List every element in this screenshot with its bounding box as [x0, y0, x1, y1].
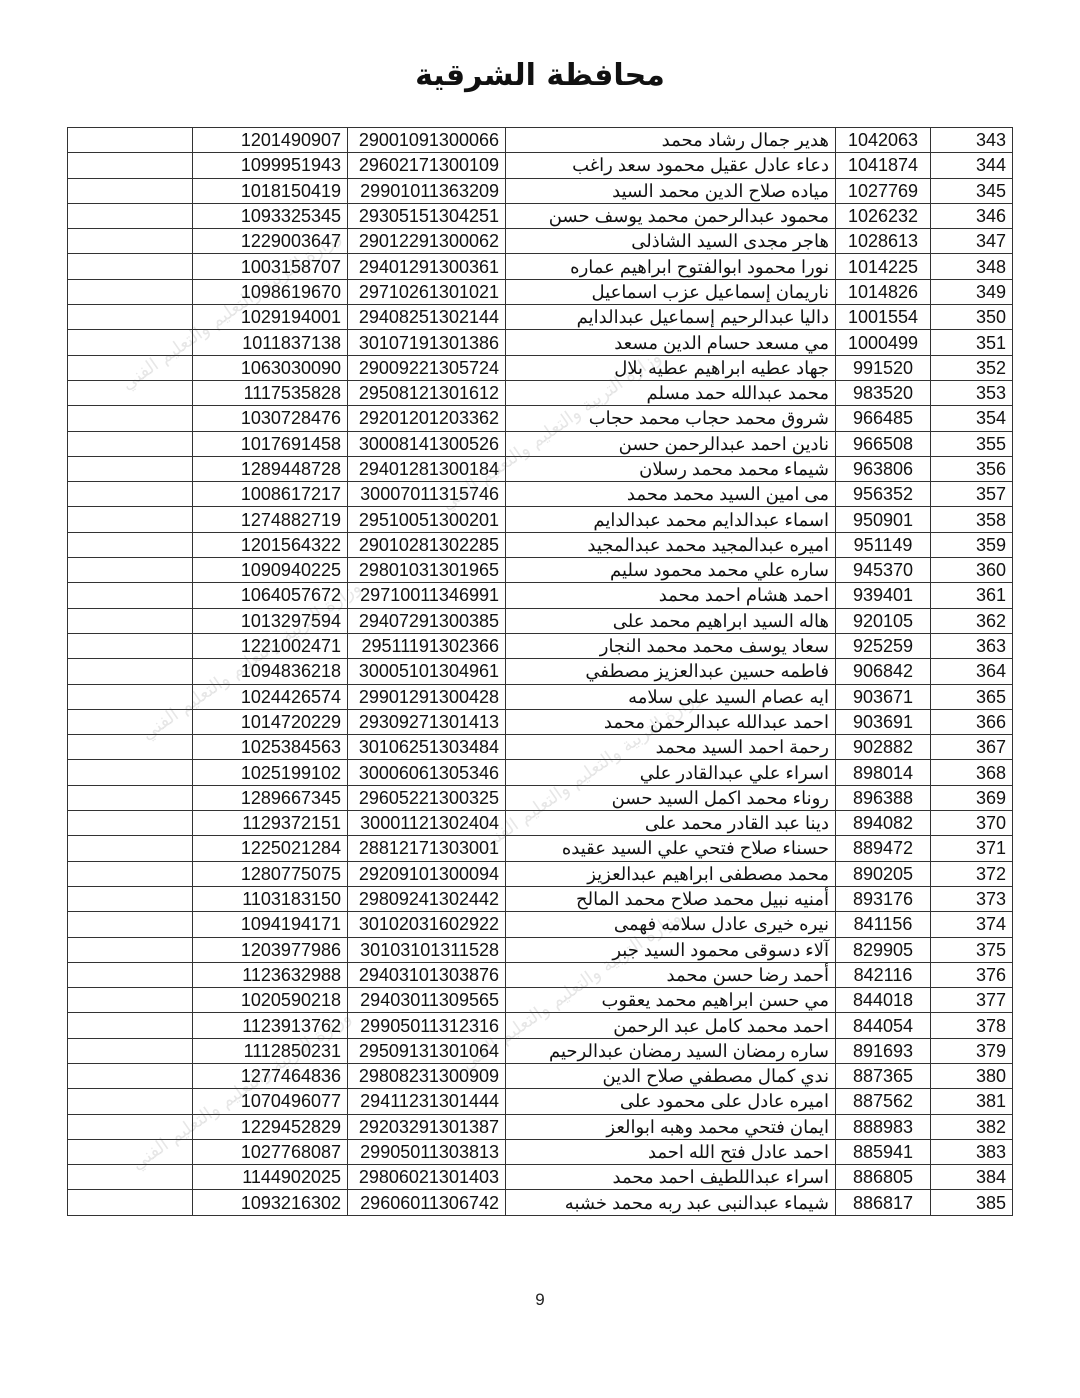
phone-cell: 1094836218: [193, 659, 348, 684]
phone-cell: 1090940225: [193, 558, 348, 583]
name-cell: محمد مصطفى ابراهيم عبدالعزيز: [506, 861, 836, 886]
name-cell: ساره رمضان السيد رمضان عبدالرحيم: [506, 1038, 836, 1063]
name-cell: ناريمان إسماعيل عزب اسماعيل: [506, 279, 836, 304]
name-cell: اسماء عبدالدايم محمد عبدالدايم: [506, 507, 836, 532]
table-row: 109483621830005101304961فاطمه حسين عبدال…: [68, 659, 1013, 684]
empty-cell: [68, 355, 193, 380]
national-id-cell: 29801031301965: [348, 558, 506, 583]
name-cell: اميره عادل على محمود على: [506, 1089, 836, 1114]
table-row: 107049607729411231301444اميره عادل على م…: [68, 1089, 1013, 1114]
code-cell: 956352: [836, 482, 931, 507]
code-cell: 1026232: [836, 203, 931, 228]
national-id-cell: 29209101300094: [348, 861, 506, 886]
empty-cell: [68, 406, 193, 431]
empty-cell: [68, 178, 193, 203]
serial-cell: 348: [931, 254, 1013, 279]
code-cell: 925259: [836, 633, 931, 658]
table-row: 102776808729905011303813احمد عادل فتح ال…: [68, 1139, 1013, 1164]
name-cell: رحمة احمد السيد محمد: [506, 735, 836, 760]
name-cell: سعاد يوسف محمد محمد النجار: [506, 633, 836, 658]
phone-cell: 1094194171: [193, 912, 348, 937]
phone-cell: 1289448728: [193, 456, 348, 481]
empty-cell: [68, 937, 193, 962]
code-cell: 983520: [836, 380, 931, 405]
phone-cell: 1277464836: [193, 1063, 348, 1088]
empty-cell: [68, 633, 193, 658]
code-cell: 950901: [836, 507, 931, 532]
table-row: 102538456330106251303484رحمة احمد السيد …: [68, 735, 1013, 760]
name-cell: أمنيه نبيل محمد صلاح محمد المالح: [506, 886, 836, 911]
phone-cell: 1229003647: [193, 229, 348, 254]
name-cell: مياده صلاح الدين محمد السيد: [506, 178, 836, 203]
empty-cell: [68, 330, 193, 355]
name-cell: اسراء عبداللطيف احمد محمد: [506, 1165, 836, 1190]
code-cell: 889472: [836, 836, 931, 861]
empty-cell: [68, 1190, 193, 1215]
national-id-cell: 29009221305724: [348, 355, 506, 380]
national-id-cell: 29403011309565: [348, 988, 506, 1013]
empty-cell: [68, 128, 193, 153]
serial-cell: 382: [931, 1114, 1013, 1139]
phone-cell: 1008617217: [193, 482, 348, 507]
code-cell: 1014826: [836, 279, 931, 304]
national-id-cell: 29606011306742: [348, 1190, 506, 1215]
empty-cell: [68, 1038, 193, 1063]
empty-cell: [68, 735, 193, 760]
table-row: 122100247129511191302366سعاد يوسف محمد م…: [68, 633, 1013, 658]
national-id-cell: 28812171303001: [348, 836, 506, 861]
empty-cell: [68, 608, 193, 633]
code-cell: 844054: [836, 1013, 931, 1038]
national-id-cell: 29401291300361: [348, 254, 506, 279]
national-id-cell: 29201201203362: [348, 406, 506, 431]
page-title: محافظة الشرقية: [0, 58, 1080, 93]
empty-cell: [68, 1114, 193, 1139]
serial-cell: 343: [931, 128, 1013, 153]
table-row: 101329759429407291300385هاله السيد ابراه…: [68, 608, 1013, 633]
table-row: 109332534529305151304251محمود عبدالرحمن …: [68, 203, 1013, 228]
empty-cell: [68, 1063, 193, 1088]
serial-cell: 344: [931, 153, 1013, 178]
name-cell: ايه عصام السيد على سلامه: [506, 684, 836, 709]
name-cell: احمد عادل فتح الله احمد: [506, 1139, 836, 1164]
phone-cell: 1030728476: [193, 406, 348, 431]
national-id-cell: 30102031602922: [348, 912, 506, 937]
name-cell: اميره عبدالمجيد محمد عبدالمجيد: [506, 532, 836, 557]
name-cell: مى امين السيد محمد محمد: [506, 482, 836, 507]
phone-cell: 1027768087: [193, 1139, 348, 1164]
code-cell: 844018: [836, 988, 931, 1013]
code-cell: 1042063: [836, 128, 931, 153]
table-row: 102519910230006061305346اسراء علي عبدالق…: [68, 760, 1013, 785]
name-cell: مي حسن ابراهيم محمد يعقوب: [506, 988, 836, 1013]
empty-cell: [68, 659, 193, 684]
empty-cell: [68, 203, 193, 228]
code-cell: 1001554: [836, 305, 931, 330]
national-id-cell: 30106251303484: [348, 735, 506, 760]
name-cell: جهاد عطيه ابراهيم عطيه بلال: [506, 355, 836, 380]
serial-cell: 362: [931, 608, 1013, 633]
phone-cell: 1020590218: [193, 988, 348, 1013]
table-row: 101815041929901011363209مياده صلاح الدين…: [68, 178, 1013, 203]
table-row: 128944872829401281300184شيماء محمد محمد …: [68, 456, 1013, 481]
code-cell: 991520: [836, 355, 931, 380]
code-cell: 902882: [836, 735, 931, 760]
phone-cell: 1018150419: [193, 178, 348, 203]
code-cell: 891693: [836, 1038, 931, 1063]
national-id-cell: 29901011363209: [348, 178, 506, 203]
name-cell: ايمان فتحي محمد وهبه ابوالعز: [506, 1114, 836, 1139]
table-row: 109861967029710261301021ناريمان إسماعيل …: [68, 279, 1013, 304]
serial-cell: 346: [931, 203, 1013, 228]
code-cell: 903691: [836, 709, 931, 734]
name-cell: محمود عبدالرحمن محمد يوسف حسن: [506, 203, 836, 228]
serial-cell: 381: [931, 1089, 1013, 1114]
table-row: 100861721730007011315746مى امين السيد مح…: [68, 482, 1013, 507]
code-cell: 841156: [836, 912, 931, 937]
national-id-cell: 29905011312316: [348, 1013, 506, 1038]
national-id-cell: 29511191302366: [348, 633, 506, 658]
phone-cell: 1013297594: [193, 608, 348, 633]
table-row: 127746483629808231300909ندي كمال مصطفي ص…: [68, 1063, 1013, 1088]
code-cell: 966508: [836, 431, 931, 456]
name-cell: شيماء محمد محمد رسلان: [506, 456, 836, 481]
name-cell: هاجر مجدى السيد الشاذلى: [506, 229, 836, 254]
empty-cell: [68, 532, 193, 557]
national-id-cell: 30006061305346: [348, 760, 506, 785]
serial-cell: 376: [931, 962, 1013, 987]
phone-cell: 1098619670: [193, 279, 348, 304]
serial-cell: 354: [931, 406, 1013, 431]
table-row: 109419417130102031602922نيره خيرى عادل س…: [68, 912, 1013, 937]
empty-cell: [68, 254, 193, 279]
name-cell: شروق محمد حجاب محمد حجاب: [506, 406, 836, 431]
serial-cell: 353: [931, 380, 1013, 405]
code-cell: 887562: [836, 1089, 931, 1114]
serial-cell: 360: [931, 558, 1013, 583]
serial-cell: 365: [931, 684, 1013, 709]
phone-cell: 1201490907: [193, 128, 348, 153]
phone-cell: 1225021284: [193, 836, 348, 861]
empty-cell: [68, 886, 193, 911]
code-cell: 1014225: [836, 254, 931, 279]
code-cell: 842116: [836, 962, 931, 987]
phone-cell: 1203977986: [193, 937, 348, 962]
serial-cell: 352: [931, 355, 1013, 380]
code-cell: 1028613: [836, 229, 931, 254]
phone-cell: 1063030090: [193, 355, 348, 380]
table-row: 103072847629201201203362شروق محمد حجاب م…: [68, 406, 1013, 431]
table-row: 111285023129509131301064ساره رمضان السيد…: [68, 1038, 1013, 1063]
table-row: 128966734529605221300325روناء محمد اكمل …: [68, 785, 1013, 810]
table-row: 110318315029809241302442أمنيه نبيل محمد …: [68, 886, 1013, 911]
code-cell: 906842: [836, 659, 931, 684]
phone-cell: 1093216302: [193, 1190, 348, 1215]
empty-cell: [68, 1139, 193, 1164]
national-id-cell: 29012291300062: [348, 229, 506, 254]
phone-cell: 1024426574: [193, 684, 348, 709]
empty-cell: [68, 861, 193, 886]
serial-cell: 350: [931, 305, 1013, 330]
name-cell: نورا محمود ابوالفتوح ابراهيم عماره: [506, 254, 836, 279]
code-cell: 1027769: [836, 178, 931, 203]
national-id-cell: 29203291301387: [348, 1114, 506, 1139]
national-id-cell: 29710011346991: [348, 583, 506, 608]
serial-cell: 345: [931, 178, 1013, 203]
serial-cell: 372: [931, 861, 1013, 886]
name-cell: هدير جمال رشاد محمد: [506, 128, 836, 153]
code-cell: 885941: [836, 1139, 931, 1164]
phone-cell: 1221002471: [193, 633, 348, 658]
empty-cell: [68, 431, 193, 456]
serial-cell: 373: [931, 886, 1013, 911]
national-id-cell: 29509131301064: [348, 1038, 506, 1063]
national-id-cell: 29411231301444: [348, 1089, 506, 1114]
table-row: 106303009029009221305724جهاد عطيه ابراهي…: [68, 355, 1013, 380]
empty-cell: [68, 153, 193, 178]
serial-cell: 378: [931, 1013, 1013, 1038]
serial-cell: 363: [931, 633, 1013, 658]
name-cell: احمد عبدالله عبدالرحمن محمد: [506, 709, 836, 734]
empty-cell: [68, 760, 193, 785]
empty-cell: [68, 456, 193, 481]
national-id-cell: 30001121302404: [348, 811, 506, 836]
code-cell: 945370: [836, 558, 931, 583]
table-row: 122502128428812171303001حسناء صلاح فتحي …: [68, 836, 1013, 861]
empty-cell: [68, 912, 193, 937]
table-row: 120149090729001091300066هدير جمال رشاد م…: [68, 128, 1013, 153]
empty-cell: [68, 482, 193, 507]
empty-cell: [68, 583, 193, 608]
table-row: 111753582829508121301612محمد عبدالله حمد…: [68, 380, 1013, 405]
serial-cell: 380: [931, 1063, 1013, 1088]
serial-cell: 349: [931, 279, 1013, 304]
code-cell: 939401: [836, 583, 931, 608]
name-cell: ساره علي محمد محمود سليم: [506, 558, 836, 583]
serial-cell: 351: [931, 330, 1013, 355]
code-cell: 903671: [836, 684, 931, 709]
table-row: 122900364729012291300062هاجر مجدى السيد …: [68, 229, 1013, 254]
serial-cell: 375: [931, 937, 1013, 962]
phone-cell: 1003158707: [193, 254, 348, 279]
empty-cell: [68, 279, 193, 304]
table-row: 101472022929309271301413احمد عبدالله عبد…: [68, 709, 1013, 734]
phone-cell: 1117535828: [193, 380, 348, 405]
name-cell: فاطمه حسين عبدالعزيز مصطفي: [506, 659, 836, 684]
national-id-cell: 29901291300428: [348, 684, 506, 709]
phone-cell: 1029194001: [193, 305, 348, 330]
phone-cell: 1123632988: [193, 962, 348, 987]
code-cell: 1000499: [836, 330, 931, 355]
name-cell: هاله السيد ابراهيم محمد على: [506, 608, 836, 633]
table-row: 101183713830107191301386مي مسعد حسام الد…: [68, 330, 1013, 355]
serial-cell: 358: [931, 507, 1013, 532]
national-id-cell: 30008141300526: [348, 431, 506, 456]
empty-cell: [68, 1165, 193, 1190]
code-cell: 896388: [836, 785, 931, 810]
code-cell: 887365: [836, 1063, 931, 1088]
code-cell: 890205: [836, 861, 931, 886]
table-row: 112937215130001121302404دينا عبد القادر …: [68, 811, 1013, 836]
empty-cell: [68, 1013, 193, 1038]
phone-cell: 1103183150: [193, 886, 348, 911]
table-row: 112363298829403101303876أحمد رضا حسن محم…: [68, 962, 1013, 987]
name-cell: احمد محمد كامل عبد الرحمن: [506, 1013, 836, 1038]
serial-cell: 384: [931, 1165, 1013, 1190]
phone-cell: 1070496077: [193, 1089, 348, 1114]
table-row: 106405767229710011346991احمد هشام احمد م…: [68, 583, 1013, 608]
table-row: 100315870729401291300361نورا محمود ابوال…: [68, 254, 1013, 279]
serial-cell: 367: [931, 735, 1013, 760]
table-row: 102059021829403011309565مي حسن ابراهيم م…: [68, 988, 1013, 1013]
national-id-cell: 29806021301403: [348, 1165, 506, 1190]
national-id-cell: 29401281300184: [348, 456, 506, 481]
table-row: 102919400129408251302144داليا عبدالرحيم …: [68, 305, 1013, 330]
name-cell: محمد عبدالله حمد مسلم: [506, 380, 836, 405]
phone-cell: 1093325345: [193, 203, 348, 228]
national-id-cell: 29905011303813: [348, 1139, 506, 1164]
name-cell: نادين احمد عبدالرحمن حسن: [506, 431, 836, 456]
code-cell: 888983: [836, 1114, 931, 1139]
name-cell: داليا عبدالرحيم إسماعيل عبدالدايم: [506, 305, 836, 330]
code-cell: 951149: [836, 532, 931, 557]
code-cell: 1041874: [836, 153, 931, 178]
national-id-cell: 29808231300909: [348, 1063, 506, 1088]
code-cell: 920105: [836, 608, 931, 633]
serial-cell: 385: [931, 1190, 1013, 1215]
empty-cell: [68, 811, 193, 836]
national-id-cell: 29001091300066: [348, 128, 506, 153]
name-cell: أحمد رضا حسن محمد: [506, 962, 836, 987]
empty-cell: [68, 785, 193, 810]
code-cell: 886817: [836, 1190, 931, 1215]
national-id-cell: 29710261301021: [348, 279, 506, 304]
national-id-cell: 29508121301612: [348, 380, 506, 405]
serial-cell: 383: [931, 1139, 1013, 1164]
serial-cell: 347: [931, 229, 1013, 254]
name-cell: دينا عبد القادر محمد على: [506, 811, 836, 836]
national-id-cell: 29010281302285: [348, 532, 506, 557]
national-id-cell: 30007011315746: [348, 482, 506, 507]
phone-cell: 1025384563: [193, 735, 348, 760]
table-row: 114490202529806021301403اسراء عبداللطيف …: [68, 1165, 1013, 1190]
page-number: 9: [0, 1290, 1080, 1310]
serial-cell: 368: [931, 760, 1013, 785]
serial-cell: 357: [931, 482, 1013, 507]
phone-cell: 1017691458: [193, 431, 348, 456]
national-id-cell: 29407291300385: [348, 608, 506, 633]
table-row: 109995194329602171300109دعاء عادل عقيل م…: [68, 153, 1013, 178]
code-cell: 894082: [836, 811, 931, 836]
code-cell: 829905: [836, 937, 931, 962]
phone-cell: 1064057672: [193, 583, 348, 608]
name-cell: اسراء علي عبدالقادر علي: [506, 760, 836, 785]
empty-cell: [68, 684, 193, 709]
phone-cell: 1289667345: [193, 785, 348, 810]
table-row: 120156432229010281302285اميره عبدالمجيد …: [68, 532, 1013, 557]
table-row: 112391376229905011312316احمد محمد كامل ع…: [68, 1013, 1013, 1038]
name-cell: احمد هشام احمد محمد: [506, 583, 836, 608]
name-cell: نيره خيرى عادل سلامه فهمى: [506, 912, 836, 937]
serial-cell: 369: [931, 785, 1013, 810]
roster-table-body: 120149090729001091300066هدير جمال رشاد م…: [68, 128, 1013, 1216]
code-cell: 966485: [836, 406, 931, 431]
serial-cell: 364: [931, 659, 1013, 684]
national-id-cell: 29403101303876: [348, 962, 506, 987]
code-cell: 898014: [836, 760, 931, 785]
phone-cell: 1123913762: [193, 1013, 348, 1038]
empty-cell: [68, 380, 193, 405]
national-id-cell: 29305151304251: [348, 203, 506, 228]
table-row: 109321630229606011306742شيماء عبدالنبى ع…: [68, 1190, 1013, 1215]
serial-cell: 374: [931, 912, 1013, 937]
phone-cell: 1099951943: [193, 153, 348, 178]
empty-cell: [68, 507, 193, 532]
national-id-cell: 30103101311528: [348, 937, 506, 962]
national-id-cell: 29510051300201: [348, 507, 506, 532]
phone-cell: 1144902025: [193, 1165, 348, 1190]
empty-cell: [68, 709, 193, 734]
phone-cell: 1014720229: [193, 709, 348, 734]
phone-cell: 1025199102: [193, 760, 348, 785]
name-cell: مي مسعد حسام الدين مسعد: [506, 330, 836, 355]
name-cell: ندي كمال مصطفي صلاح الدين: [506, 1063, 836, 1088]
national-id-cell: 30107191301386: [348, 330, 506, 355]
phone-cell: 1280775075: [193, 861, 348, 886]
phone-cell: 1129372151: [193, 811, 348, 836]
code-cell: 886805: [836, 1165, 931, 1190]
name-cell: روناء محمد اكمل السيد حسن: [506, 785, 836, 810]
empty-cell: [68, 229, 193, 254]
serial-cell: 371: [931, 836, 1013, 861]
national-id-cell: 29408251302144: [348, 305, 506, 330]
table-row: 102442657429901291300428ايه عصام السيد ع…: [68, 684, 1013, 709]
name-cell: حسناء صلاح فتحي علي السيد عقيده: [506, 836, 836, 861]
table-row: 120397798630103101311528آلاء دسوقى محمود…: [68, 937, 1013, 962]
national-id-cell: 29605221300325: [348, 785, 506, 810]
roster-table: 120149090729001091300066هدير جمال رشاد م…: [67, 127, 1013, 1216]
serial-cell: 379: [931, 1038, 1013, 1063]
table-row: 122945282929203291301387ايمان فتحي محمد …: [68, 1114, 1013, 1139]
empty-cell: [68, 305, 193, 330]
serial-cell: 361: [931, 583, 1013, 608]
serial-cell: 377: [931, 988, 1013, 1013]
empty-cell: [68, 836, 193, 861]
national-id-cell: 30005101304961: [348, 659, 506, 684]
phone-cell: 1229452829: [193, 1114, 348, 1139]
phone-cell: 1112850231: [193, 1038, 348, 1063]
empty-cell: [68, 558, 193, 583]
name-cell: شيماء عبدالنبى عبد ربه محمد خشبه: [506, 1190, 836, 1215]
table-row: 101769145830008141300526نادين احمد عبدال…: [68, 431, 1013, 456]
serial-cell: 359: [931, 532, 1013, 557]
national-id-cell: 29809241302442: [348, 886, 506, 911]
phone-cell: 1011837138: [193, 330, 348, 355]
national-id-cell: 29309271301413: [348, 709, 506, 734]
phone-cell: 1274882719: [193, 507, 348, 532]
name-cell: آلاء دسوقى محمود السيد جبر: [506, 937, 836, 962]
name-cell: دعاء عادل عقيل محمود سعد راغب: [506, 153, 836, 178]
serial-cell: 370: [931, 811, 1013, 836]
table-row: 128077507529209101300094محمد مصطفى ابراه…: [68, 861, 1013, 886]
code-cell: 963806: [836, 456, 931, 481]
empty-cell: [68, 962, 193, 987]
table-row: 109094022529801031301965ساره علي محمد مح…: [68, 558, 1013, 583]
empty-cell: [68, 988, 193, 1013]
serial-cell: 355: [931, 431, 1013, 456]
phone-cell: 1201564322: [193, 532, 348, 557]
code-cell: 893176: [836, 886, 931, 911]
